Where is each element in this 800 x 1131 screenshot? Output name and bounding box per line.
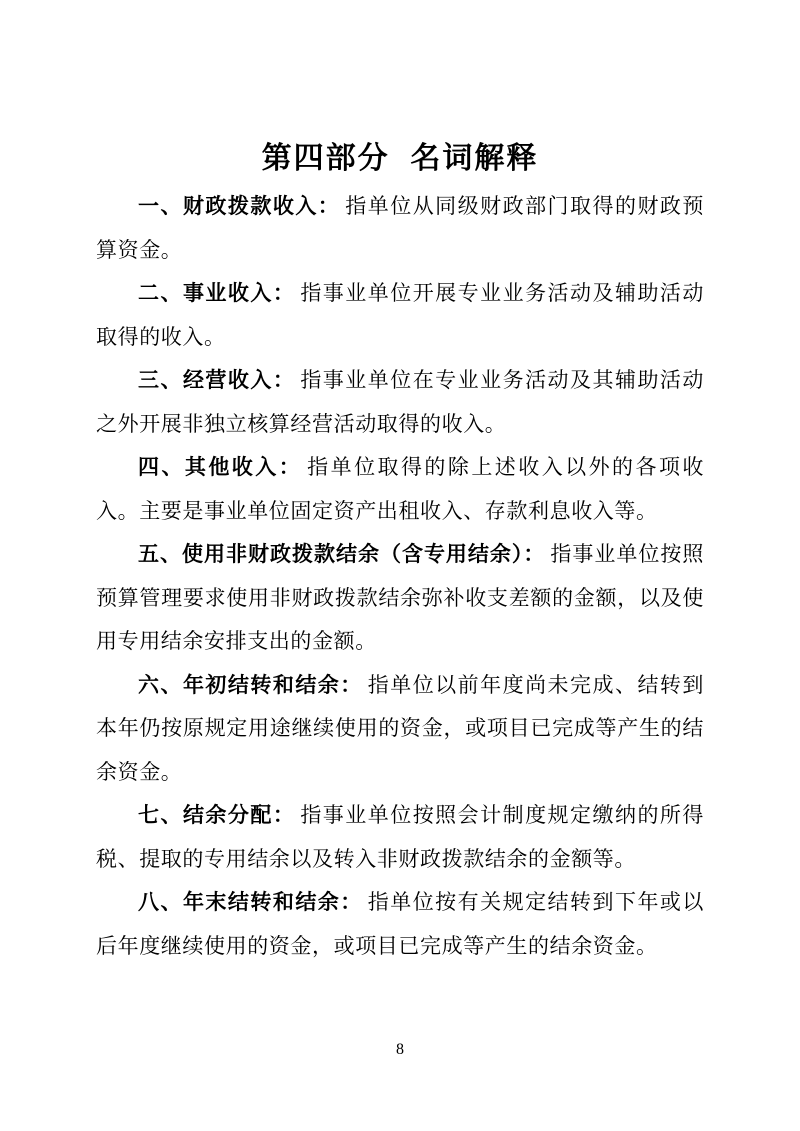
definition-paragraph: 一、财政拨款收入：指单位从同级财政部门取得的财政预算资金。 — [96, 185, 704, 272]
term-label: 五、使用非财政拨款结余（含专用结余）： — [138, 543, 545, 566]
term-label: 三、经营收入： — [138, 369, 295, 392]
definition-paragraph: 六、年初结转和结余：指单位以前年度尚未完成、结转到本年仍按原规定用途继续使用的资… — [96, 664, 704, 795]
definition-paragraph: 七、结余分配：指事业单位按照会计制度规定缴纳的所得税、提取的专用结余以及转入非财… — [96, 794, 704, 881]
term-label: 六、年初结转和结余： — [138, 674, 363, 697]
term-label: 八、年末结转和结余： — [138, 891, 363, 914]
definition-paragraph: 四、其他收入：指单位取得的除上述收入以外的各项收入。主要是事业单位固定资产出租收… — [96, 446, 704, 533]
term-label: 四、其他收入： — [138, 456, 302, 479]
document-page: 第四部分 名词解释 一、财政拨款收入：指单位从同级财政部门取得的财政预算资金。 … — [0, 0, 800, 1131]
term-label: 七、结余分配： — [138, 804, 295, 827]
definition-paragraph: 二、事业收入：指事业单位开展专业业务活动及辅助活动取得的收入。 — [96, 272, 704, 359]
page-number: 8 — [0, 1038, 800, 1062]
page-title: 第四部分 名词解释 — [0, 0, 800, 182]
term-label: 二、事业收入： — [138, 282, 295, 305]
document-body: 一、财政拨款收入：指单位从同级财政部门取得的财政预算资金。 二、事业收入：指事业… — [96, 185, 704, 968]
definition-paragraph: 八、年末结转和结余：指单位按有关规定结转到下年或以后年度继续使用的资金，或项目已… — [96, 881, 704, 968]
definition-paragraph: 五、使用非财政拨款结余（含专用结余）：指事业单位按照预算管理要求使用非财政拨款结… — [96, 533, 704, 664]
term-label: 一、财政拨款收入： — [138, 195, 340, 218]
definition-paragraph: 三、经营收入：指事业单位在专业业务活动及其辅助活动之外开展非独立核算经营活动取得… — [96, 359, 704, 446]
